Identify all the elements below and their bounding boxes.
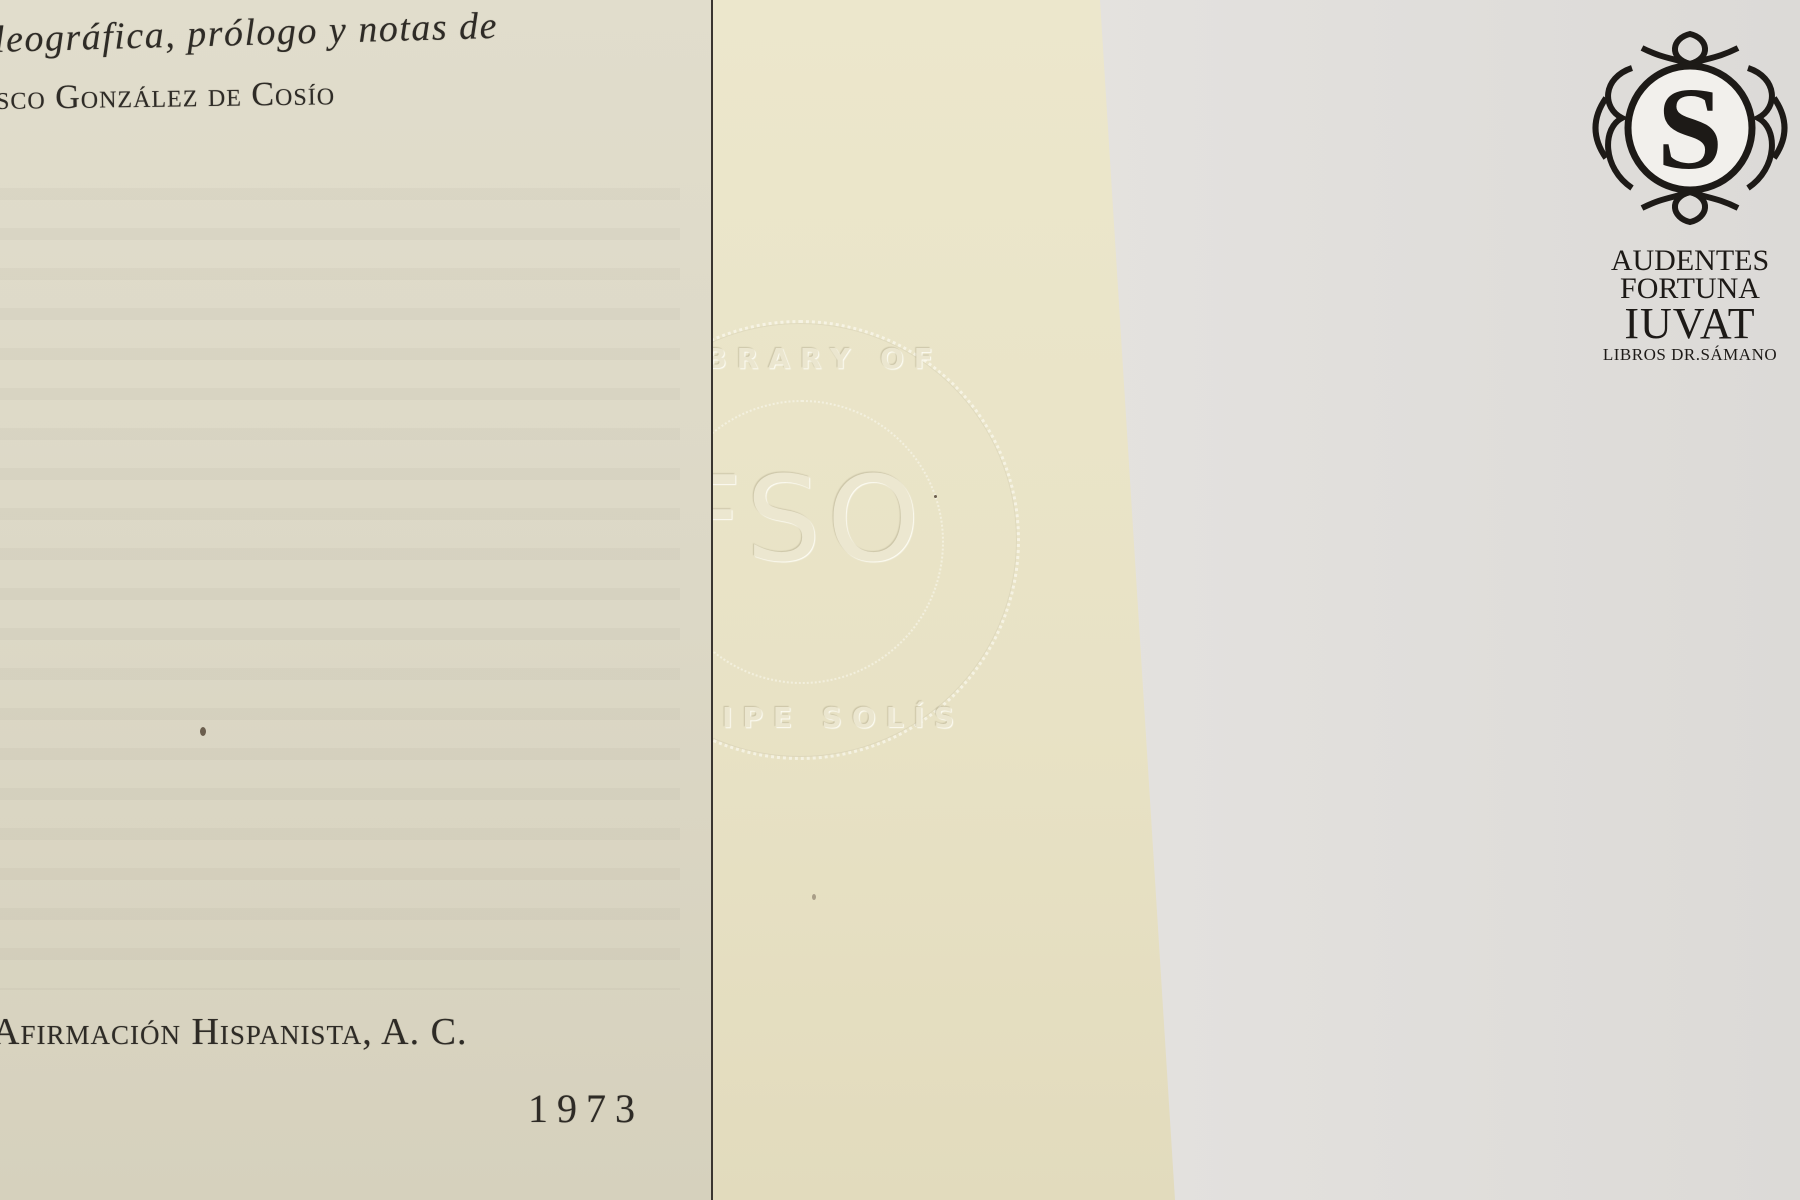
- edition-credit-line: leográfica, prólogo y notas de: [0, 4, 499, 62]
- logo-brand-name: LIBROS DR.SÁMANO: [1592, 346, 1788, 363]
- paper-speck: [200, 727, 206, 736]
- editor-name-line: sco González de Cosío: [0, 75, 335, 118]
- svg-text:S: S: [1657, 63, 1723, 194]
- paper-speck: [812, 894, 816, 900]
- page-edge-line: [711, 0, 713, 1200]
- watermark-logo: S AUDENTES FORTUNA IUVAT LIBROS DR.SÁMAN…: [1592, 28, 1788, 368]
- show-through-text: [0, 160, 680, 990]
- logo-motto-line-3: IUVAT: [1592, 302, 1788, 346]
- title-page: leográfica, prólogo y notas de sco Gonzá…: [0, 0, 712, 1200]
- publisher-line: Afirmación Hispanista, A. C.: [0, 1010, 467, 1054]
- ornamental-s-emblem-icon: S: [1592, 28, 1788, 228]
- publication-year: 1973: [528, 1085, 644, 1132]
- paper-speck: [934, 495, 937, 498]
